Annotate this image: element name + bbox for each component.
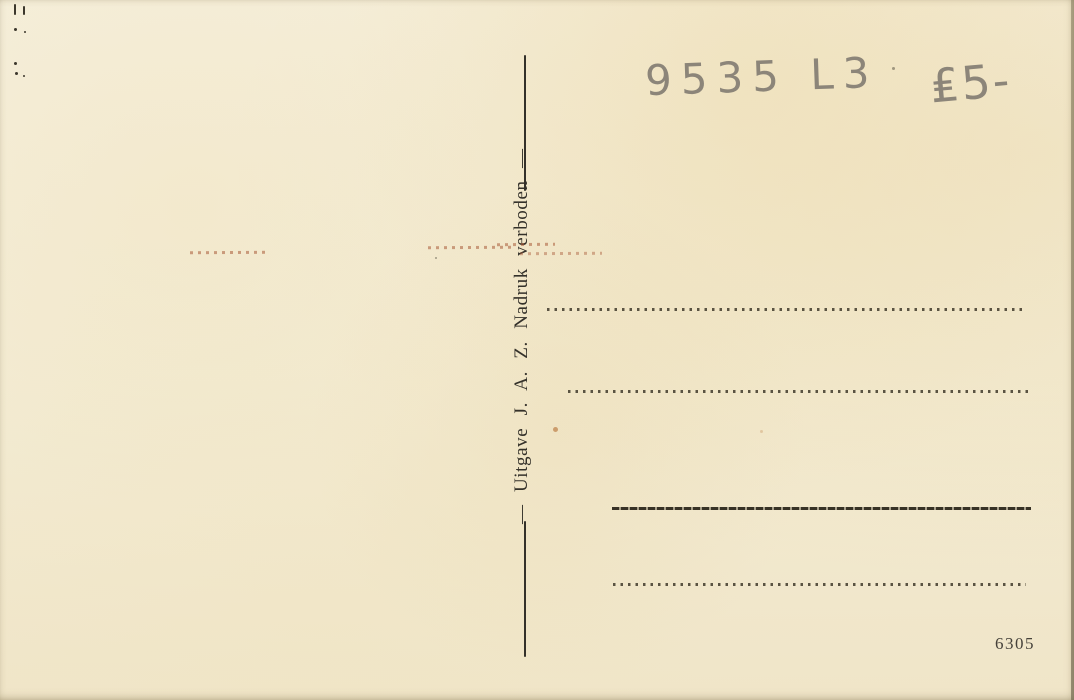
- address-line-1: [547, 308, 1025, 311]
- publisher-imprint: — Uitgave J. A. Z. Nadruk verboden —: [509, 188, 535, 524]
- speck: [14, 62, 17, 65]
- handwritten-serial-number: 9535 L3: [644, 48, 879, 105]
- stain-speck: [553, 427, 558, 432]
- speck: [435, 257, 437, 259]
- speck: [23, 75, 25, 77]
- ink-smudge-middle: [428, 246, 512, 250]
- divider-rule-bottom: [524, 521, 526, 657]
- speck: [892, 67, 895, 70]
- printed-card-number: 6305: [995, 634, 1035, 654]
- stain-speck: [760, 430, 763, 433]
- handwritten-price: ₤5-: [928, 53, 1014, 114]
- ink-smudge-right-2: [520, 252, 602, 256]
- postcard-back: — Uitgave J. A. Z. Nadruk verboden — 953…: [0, 0, 1074, 700]
- ink-smudge-left: [190, 251, 270, 255]
- speck: [15, 72, 18, 75]
- speck: [14, 28, 17, 31]
- address-line-4: [613, 583, 1026, 586]
- speck: [14, 4, 16, 15]
- ink-smudge-right: [497, 243, 555, 246]
- address-line-2: [568, 390, 1028, 393]
- speck: [23, 6, 25, 15]
- address-line-3: [612, 507, 1031, 510]
- speck: [24, 31, 26, 33]
